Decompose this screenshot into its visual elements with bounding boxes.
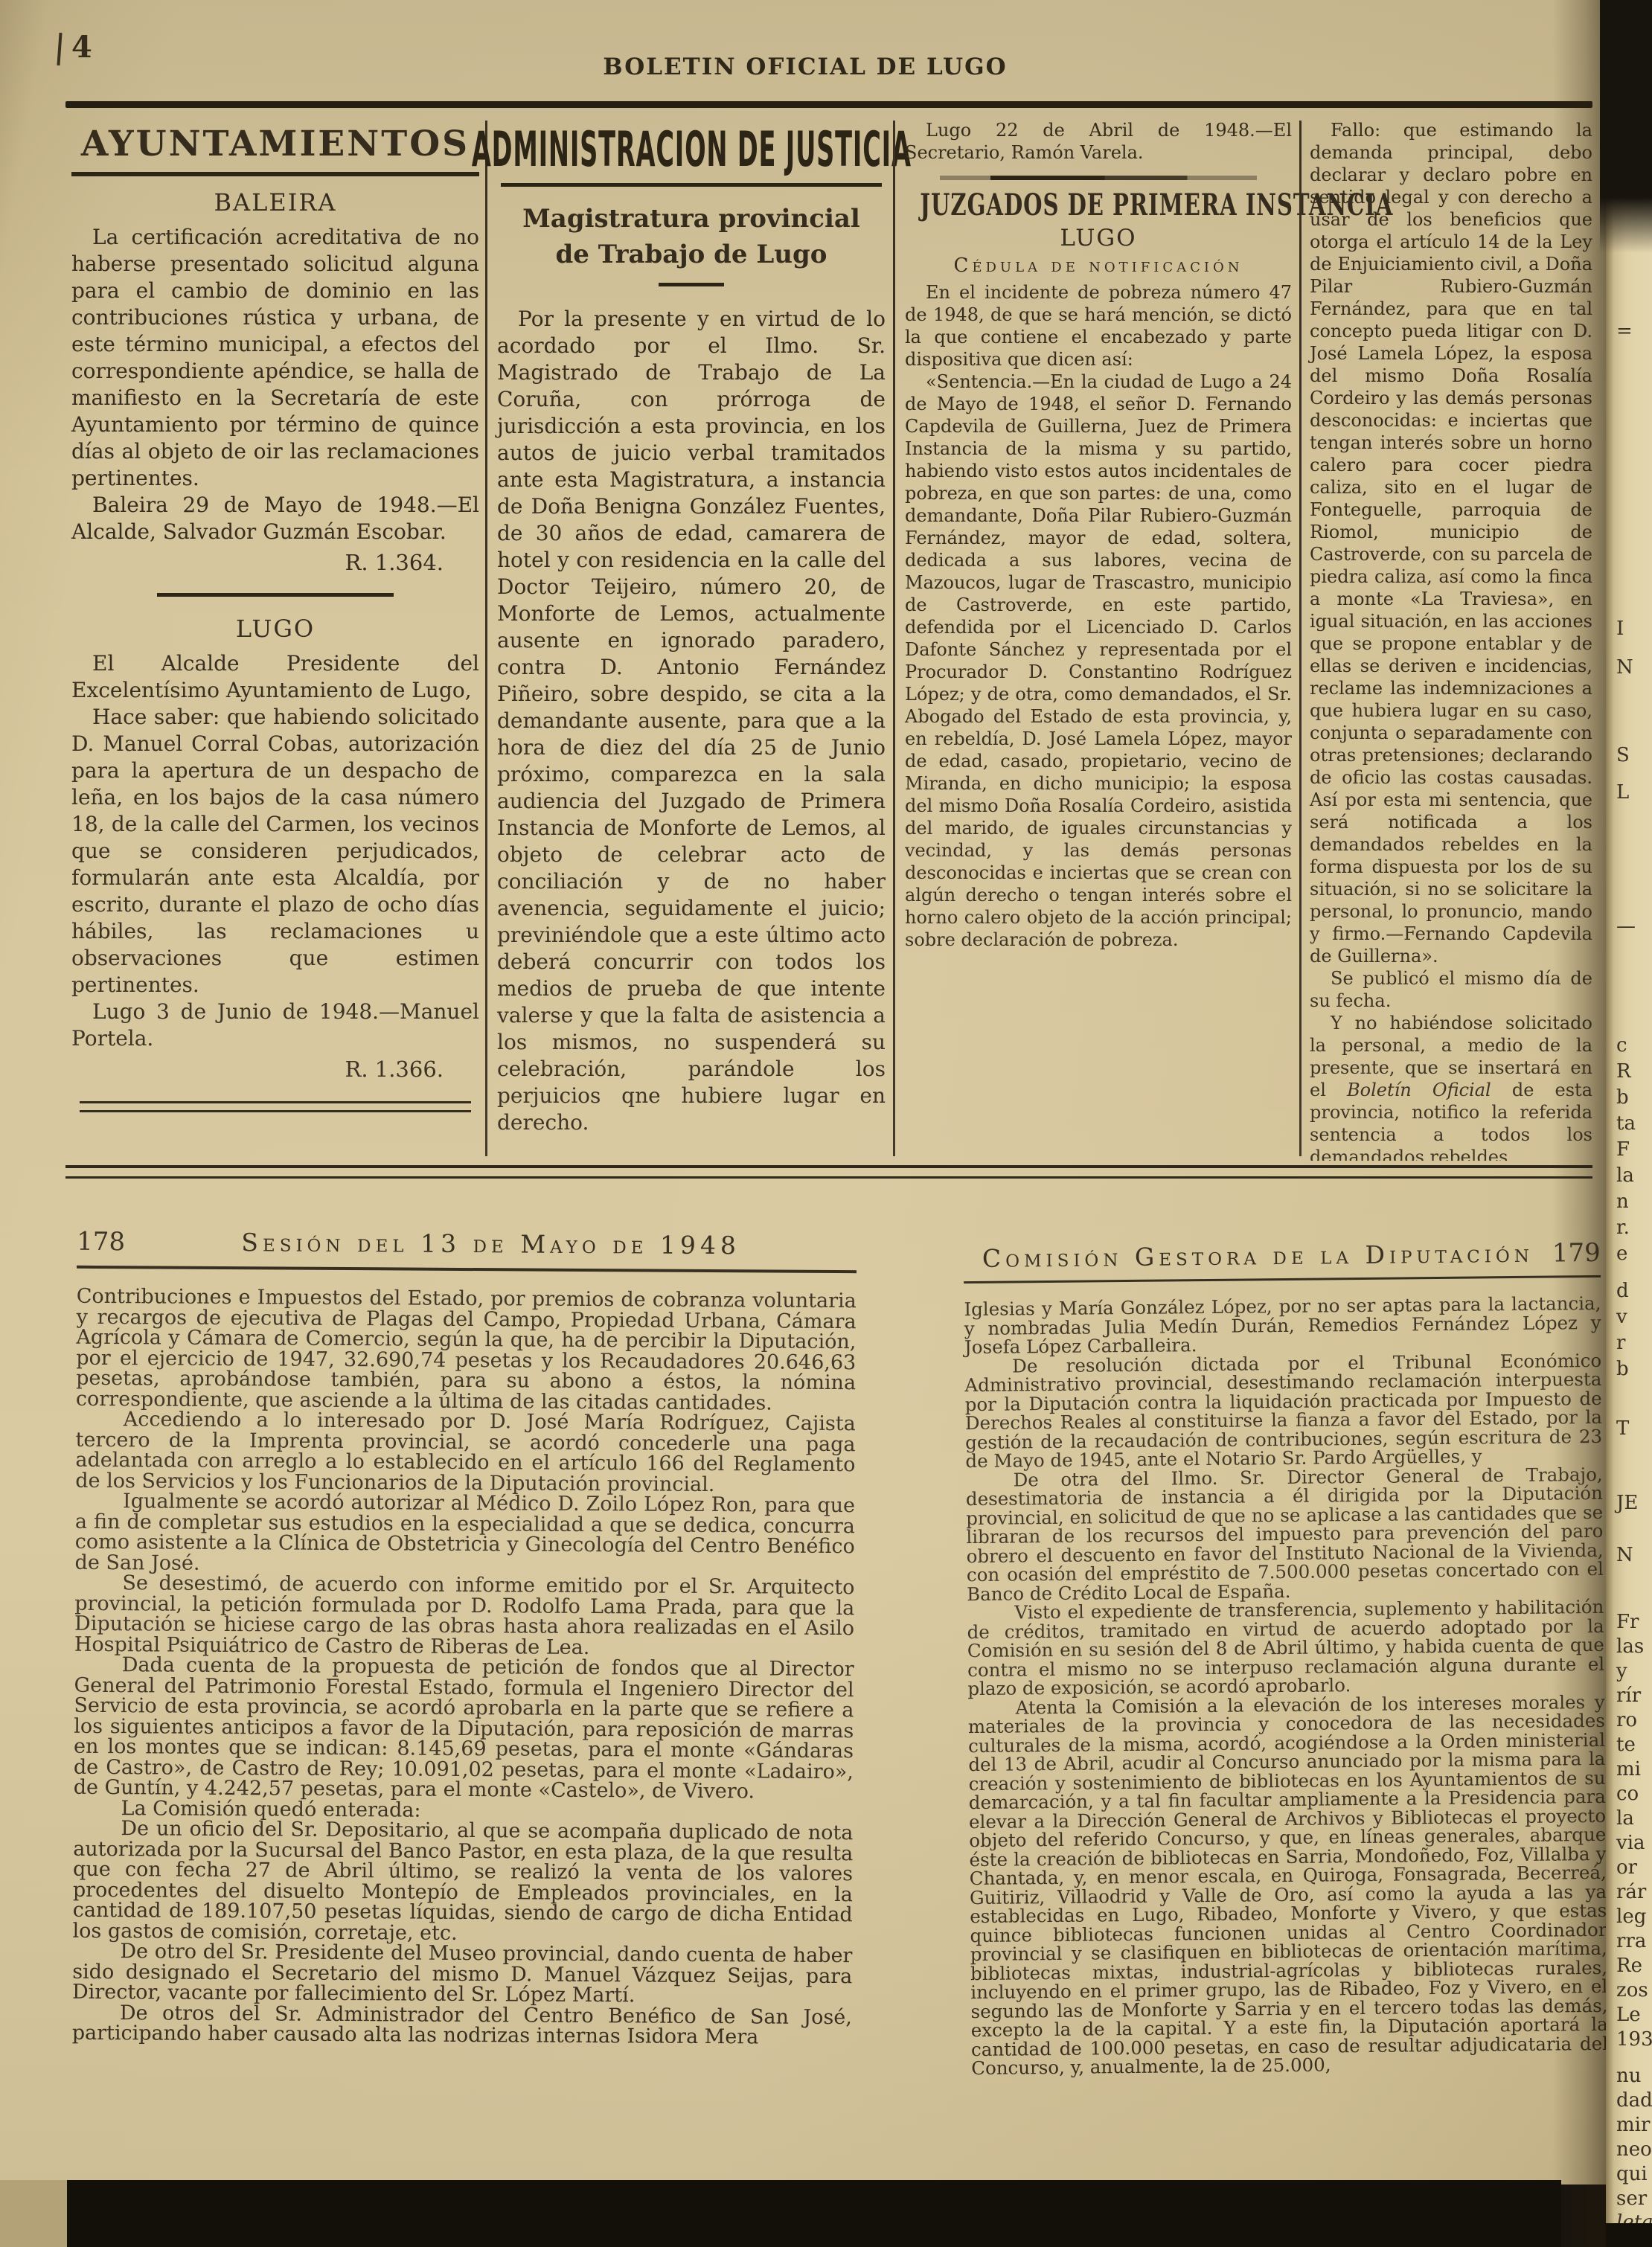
paragraph: Se desestimó, de acuerdo con informe emi… bbox=[74, 1573, 855, 1659]
cedula-heading: Cédula de notificación bbox=[905, 254, 1292, 277]
scan-background-bottom-right bbox=[1606, 2223, 1652, 2247]
italic-title: Boletín Oficial bbox=[1347, 1080, 1491, 1100]
running-head-rule bbox=[964, 1275, 1601, 1283]
next-page-text-fragment: Le bbox=[1616, 2004, 1641, 2026]
short-rule bbox=[659, 283, 724, 286]
next-page-text-fragment: mir bbox=[1616, 2114, 1650, 2136]
column-administracion-justicia: ADMINISTRACION DE JUSTICIA Magistratura … bbox=[497, 119, 886, 1136]
scan-background-corner bbox=[1600, 0, 1652, 253]
paragraph: Contribuciones e Impuestos del Estado, p… bbox=[76, 1286, 857, 1414]
column-rule bbox=[485, 121, 487, 1156]
paragraph: Fallo: que estimando la demanda principa… bbox=[1310, 119, 1592, 967]
paragraph: De un oficio del Sr. Depositario, al que… bbox=[72, 1818, 853, 1946]
next-page-text-fragment: via bbox=[1616, 1832, 1645, 1854]
next-page-text-fragment: b bbox=[1616, 1086, 1629, 1109]
next-page-text-fragment: Fr bbox=[1616, 1611, 1639, 1633]
column-juzgados: Lugo 22 de Abril de 1948.—El Secretario,… bbox=[905, 119, 1292, 951]
place-heading: LUGO bbox=[905, 225, 1292, 251]
paragraph: En el incidente de pobreza número 47 de … bbox=[905, 281, 1292, 371]
column-fallo: Fallo: que estimando la demanda principa… bbox=[1310, 119, 1592, 1161]
paragraph: Se publicó el mismo día de su fecha. bbox=[1310, 967, 1592, 1012]
paragraph: Por la presente y en virtud de lo acorda… bbox=[497, 306, 886, 1136]
running-head-rule bbox=[77, 1266, 857, 1273]
subsection-heading-magistratura: Magistratura provincial de Trabajo de Lu… bbox=[502, 202, 881, 272]
next-page-text-fragment: I bbox=[1616, 618, 1624, 640]
next-page-text-fragment: F bbox=[1616, 1138, 1630, 1161]
next-page-text-fragment: zos bbox=[1616, 1979, 1648, 2001]
title-underline bbox=[501, 183, 882, 187]
next-page-text-fragment: rra bbox=[1616, 1930, 1646, 1952]
next-page-text-fragment: T bbox=[1616, 1417, 1629, 1440]
section-separator bbox=[65, 1165, 1592, 1179]
next-page-text-fragment: las bbox=[1616, 1635, 1644, 1658]
next-page-text-fragment: e bbox=[1616, 1243, 1627, 1265]
paragraph: De otros del Sr. Administrador del Centr… bbox=[72, 2002, 852, 2048]
folio-number: 179 bbox=[1552, 1238, 1601, 1269]
next-page-text-fragment: ta bbox=[1616, 1112, 1636, 1135]
paragraph: Lugo 3 de Junio de 1948.—Manuel Portela. bbox=[71, 999, 479, 1052]
registry-ref: R. 1.364. bbox=[71, 550, 479, 575]
next-page-text-fragment: L bbox=[1616, 781, 1629, 804]
next-page-text-fragment: b bbox=[1616, 1358, 1629, 1380]
next-page-text-fragment: y bbox=[1616, 1660, 1627, 1682]
registry-ref: R. 1.366. bbox=[71, 1057, 479, 1082]
next-page-text-fragment: JE bbox=[1616, 1492, 1638, 1514]
header-rule bbox=[65, 101, 1592, 108]
next-page-text-fragment: or bbox=[1616, 1856, 1637, 1879]
next-page-text-fragment: N bbox=[1616, 656, 1633, 679]
article-heading-baleira: BALEIRA bbox=[71, 188, 479, 217]
next-page-text-fragment: N bbox=[1616, 1544, 1633, 1566]
running-head-comision: Comisión Gestora de la Diputación bbox=[964, 1239, 1552, 1274]
next-page-text-fragment: Re bbox=[1616, 1955, 1642, 1977]
paragraph: Atenta la Comisión a la elevación de los… bbox=[968, 1692, 1609, 2077]
paragraph: Lugo 22 de Abril de 1948.—El Secretario,… bbox=[905, 119, 1292, 164]
paragraph: Visto el expediente de transferencia, su… bbox=[967, 1597, 1604, 1699]
next-page-text-fragment: mi bbox=[1616, 1758, 1641, 1780]
paragraph: Baleira 29 de Mayo de 1948.—El Alcalde, … bbox=[71, 492, 479, 545]
masthead-title: BOLETIN OFICIAL DE LUGO bbox=[0, 54, 1610, 80]
page-curl-edge bbox=[0, 2180, 67, 2247]
column-rule bbox=[1299, 121, 1302, 1156]
next-page-text-fragment: S bbox=[1616, 744, 1630, 766]
paragraph: El Alcalde Presidente del Excelentísimo … bbox=[71, 650, 479, 704]
folio-number: 178 bbox=[77, 1227, 125, 1257]
next-page-text-fragment: la bbox=[1616, 1807, 1634, 1830]
scanned-page: 4 BOLETIN OFICIAL DE LUGO AYUNTAMIENTOS … bbox=[0, 0, 1652, 2247]
paragraph: La certificación acreditativa de no habe… bbox=[71, 224, 479, 492]
next-page-text-fragment: la bbox=[1616, 1164, 1634, 1187]
paragraph: «Sentencia.—En la ciudad de Lugo a 24 de… bbox=[905, 371, 1292, 951]
next-page-text-fragment: ser bbox=[1616, 2187, 1647, 2210]
top-section: AYUNTAMIENTOS BALEIRA La certificación a… bbox=[65, 113, 1592, 1161]
next-page-text-fragment: rír bbox=[1616, 1685, 1641, 1707]
end-rule bbox=[80, 1101, 471, 1112]
next-page-text-fragment: n bbox=[1616, 1190, 1629, 1213]
article-divider bbox=[940, 176, 1257, 180]
paper: 4 BOLETIN OFICIAL DE LUGO AYUNTAMIENTOS … bbox=[0, 0, 1610, 2185]
article-divider bbox=[157, 593, 394, 597]
section-title-justicia: ADMINISTRACION DE JUSTICIA bbox=[472, 121, 912, 177]
next-page-text-fragment: v bbox=[1616, 1306, 1627, 1328]
next-page-text-fragment: nu bbox=[1616, 2065, 1642, 2087]
next-page-text-fragment: neo bbox=[1616, 2138, 1652, 2161]
session-minutes-left: 178 Sesión del 13 de Mayo de 1948 Contri… bbox=[72, 1227, 857, 2048]
next-page-text-fragment: co bbox=[1616, 1783, 1639, 1805]
paragraph: Accediendo a lo interesado por D. José M… bbox=[75, 1409, 856, 1496]
next-page-text-fragment: c bbox=[1616, 1034, 1627, 1057]
paragraph: Y no habiéndose solicitado la personal, … bbox=[1310, 1012, 1592, 1161]
section-title-ayuntamientos: AYUNTAMIENTOS bbox=[71, 124, 479, 176]
paragraph: Iglesias y María González López, por no … bbox=[964, 1294, 1601, 1357]
next-page-text-fragment: r. bbox=[1616, 1217, 1630, 1239]
next-page-text-fragment: rár bbox=[1616, 1881, 1646, 1903]
next-page-text-fragment: R bbox=[1616, 1060, 1631, 1083]
next-page-text-fragment: = bbox=[1616, 320, 1633, 342]
next-page-text-fragment: r bbox=[1616, 1332, 1625, 1354]
column-rule bbox=[893, 121, 895, 1156]
next-page-text-fragment: — bbox=[1616, 915, 1636, 937]
next-page-text-fragment: ro bbox=[1616, 1709, 1637, 1731]
next-page-text-fragment: leg bbox=[1616, 1905, 1646, 1928]
paragraph: De otro del Sr. Presidente del Museo pro… bbox=[72, 1941, 852, 2007]
session-minutes-right: Comisión Gestora de la Diputación 179 Ig… bbox=[964, 1238, 1609, 2078]
running-head-sesion: Sesión del 13 de Mayo de 1948 bbox=[125, 1227, 857, 1260]
next-page-text-fragment: d bbox=[1616, 1280, 1629, 1302]
paragraph: Igualmente se acordó autorizar al Médico… bbox=[75, 1491, 856, 1577]
column-ayuntamientos: AYUNTAMIENTOS BALEIRA La certificación a… bbox=[71, 119, 479, 1112]
paragraph: Hace saber: que habiendo solicitado D. M… bbox=[71, 704, 479, 999]
article-heading-lugo: LUGO bbox=[71, 615, 479, 643]
scan-background-bottom bbox=[65, 2180, 1561, 2247]
next-page-sliver: = I N S L — c R b ta F la n r. e d v r b… bbox=[1606, 0, 1652, 2247]
next-page-text-fragment: qui bbox=[1616, 2163, 1648, 2185]
paragraph: De resolución dictada por el Tribunal Ec… bbox=[964, 1350, 1602, 1470]
next-page-text-fragment: te bbox=[1616, 1734, 1636, 1756]
paragraph: Dada cuenta de la propuesta de petición … bbox=[74, 1655, 854, 1803]
paragraph: De otra del Ilmo. Sr. Director General d… bbox=[966, 1464, 1604, 1603]
next-page-text-fragment: dad bbox=[1616, 2089, 1652, 2112]
next-page-text-fragment: 193 bbox=[1616, 2028, 1652, 2051]
